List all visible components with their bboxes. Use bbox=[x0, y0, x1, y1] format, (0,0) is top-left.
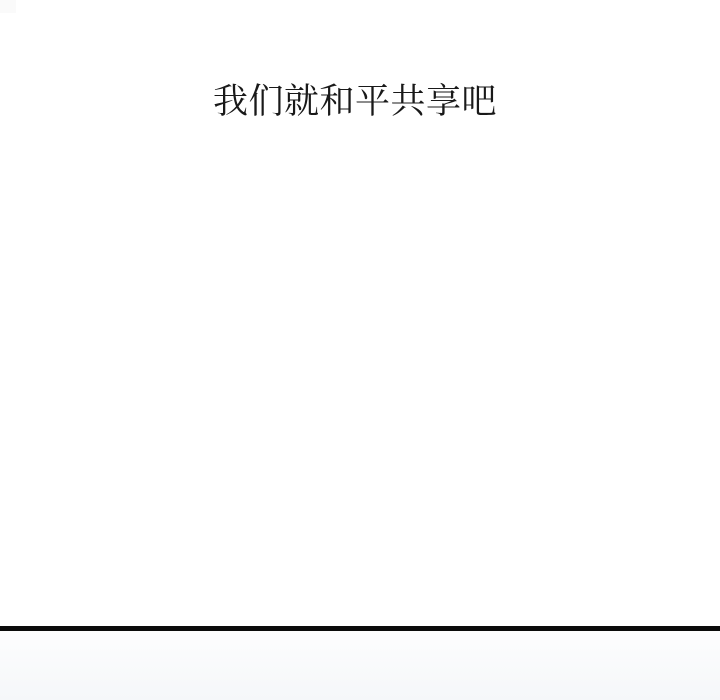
below-panel-area bbox=[0, 631, 720, 700]
dialogue-text: 我们就和平共享吧 bbox=[0, 82, 710, 122]
comic-page: 我们就和平共享吧 bbox=[0, 0, 720, 700]
corner-artifact bbox=[0, 0, 16, 13]
comic-panel: 我们就和平共享吧 bbox=[0, 0, 720, 626]
